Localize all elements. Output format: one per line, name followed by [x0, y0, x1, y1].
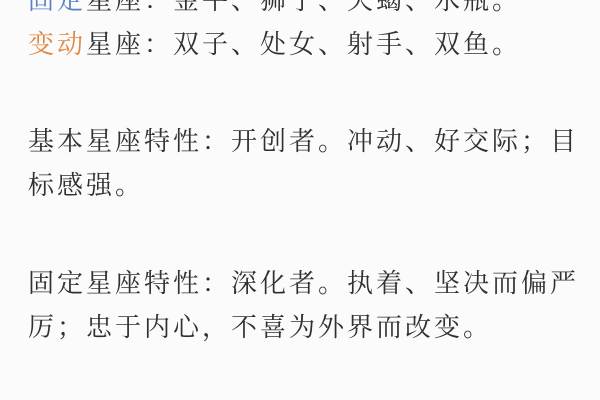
fixed-signs-text: 星座：金牛、狮子、天蝎、水瓶。 — [86, 0, 521, 15]
mutable-signs-line: 变动星座：双子、处女、射手、双鱼。 — [28, 22, 521, 66]
fixed-signs-line: 固定星座：金牛、狮子、天蝎、水瓶。 — [28, 0, 521, 22]
fixed-traits-paragraph: 固定星座特性：深化者。执着、坚决而偏严厉；忠于内心，不喜为外界而改变。 — [28, 261, 588, 349]
cardinal-traits-paragraph: 基本星座特性：开创者。冲动、好交际；目标感强。 — [28, 119, 588, 207]
fixed-signs-label: 固定 — [28, 0, 86, 15]
mutable-signs-text: 星座：双子、处女、射手、双鱼。 — [86, 29, 521, 59]
mutable-signs-label: 变动 — [28, 29, 86, 59]
document-page: 固定星座：金牛、狮子、天蝎、水瓶。 变动星座：双子、处女、射手、双鱼。 基本星座… — [0, 0, 600, 400]
